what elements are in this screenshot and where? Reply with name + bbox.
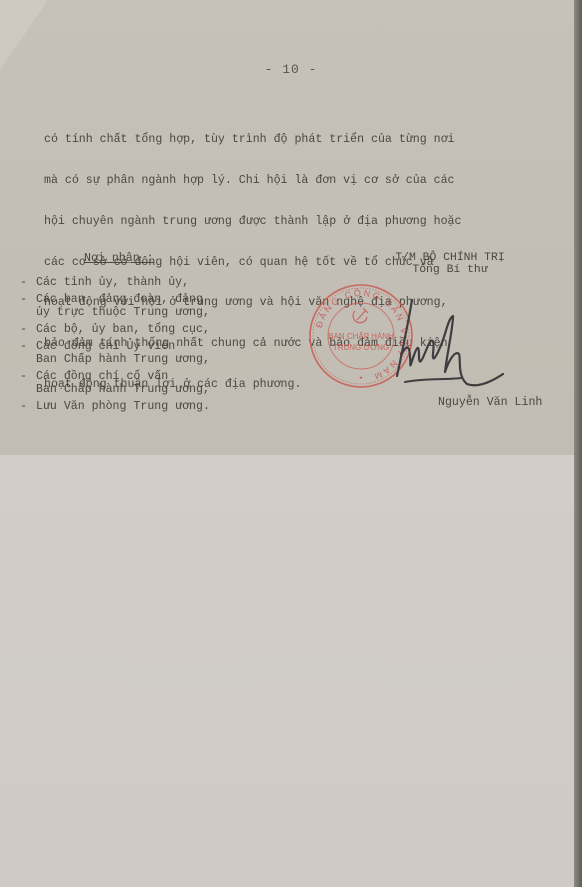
recipient-text: Lưu Văn phòng Trung ương. (36, 400, 210, 413)
hammer-sickle-icon (353, 308, 368, 323)
handwritten-signature (395, 298, 505, 390)
recipients-list: -Các tỉnh ủy, thành ủy, -Các ban, đảng đ… (20, 276, 210, 417)
body-line: mà có sự phân ngành hợp lý. Chi hội là đ… (44, 174, 554, 188)
stamp-star: ★ (359, 374, 363, 381)
signer-title: Tổng Bí thư (370, 264, 530, 276)
page-edge-shadow (574, 0, 582, 887)
folded-corner (0, 0, 48, 70)
signer-name: Nguyễn Văn Linh (438, 396, 542, 409)
page-lower-half (0, 455, 574, 887)
signature-heading: T/M BỘ CHÍNH TRỊ Tổng Bí thư (370, 252, 530, 276)
recipient-item: -Lưu Văn phòng Trung ương. (20, 400, 210, 413)
recipient-item: -Các ban, đảng đoàn, đảng ủy trực thuộc … (20, 293, 210, 319)
stamp-center-line2: TRUNG ƯƠNG (333, 343, 389, 352)
list-dash: - (20, 323, 36, 336)
recipient-text: Các tỉnh ủy, thành ủy, (36, 276, 189, 289)
list-dash: - (20, 400, 36, 413)
recipient-item: -Các đồng chí cố vấn Ban Chấp hành Trung… (20, 370, 210, 396)
on-behalf-line: T/M BỘ CHÍNH TRỊ (370, 252, 530, 264)
recipient-text: Các đồng chí cố vấn Ban Chấp hành Trung … (36, 370, 210, 396)
recipient-text: Các bộ, ủy ban, tổng cục, (36, 323, 210, 336)
body-line: có tính chất tổng hợp, tùy trình độ phát… (44, 133, 554, 147)
body-line: hội chuyên ngành trung ương được thành l… (44, 215, 554, 229)
list-dash: - (20, 340, 36, 366)
recipients-heading: Nơi nhận : (84, 252, 154, 265)
list-dash: - (20, 293, 36, 319)
recipient-item: -Các đồng chí Ủy viên Ban Chấp hành Trun… (20, 340, 210, 366)
recipient-item: -Các tỉnh ủy, thành ủy, (20, 276, 210, 289)
list-dash: - (20, 276, 36, 289)
stamp-center-line1: BAN CHẤP HÀNH (328, 331, 394, 341)
recipient-item: -Các bộ, ủy ban, tổng cục, (20, 323, 210, 336)
recipient-text: Các đồng chí Ủy viên Ban Chấp hành Trung… (36, 340, 210, 366)
list-dash: - (20, 370, 36, 396)
recipient-text: Các ban, đảng đoàn, đảng ủy trực thuộc T… (36, 293, 210, 319)
page-number: - 10 - (0, 62, 582, 77)
